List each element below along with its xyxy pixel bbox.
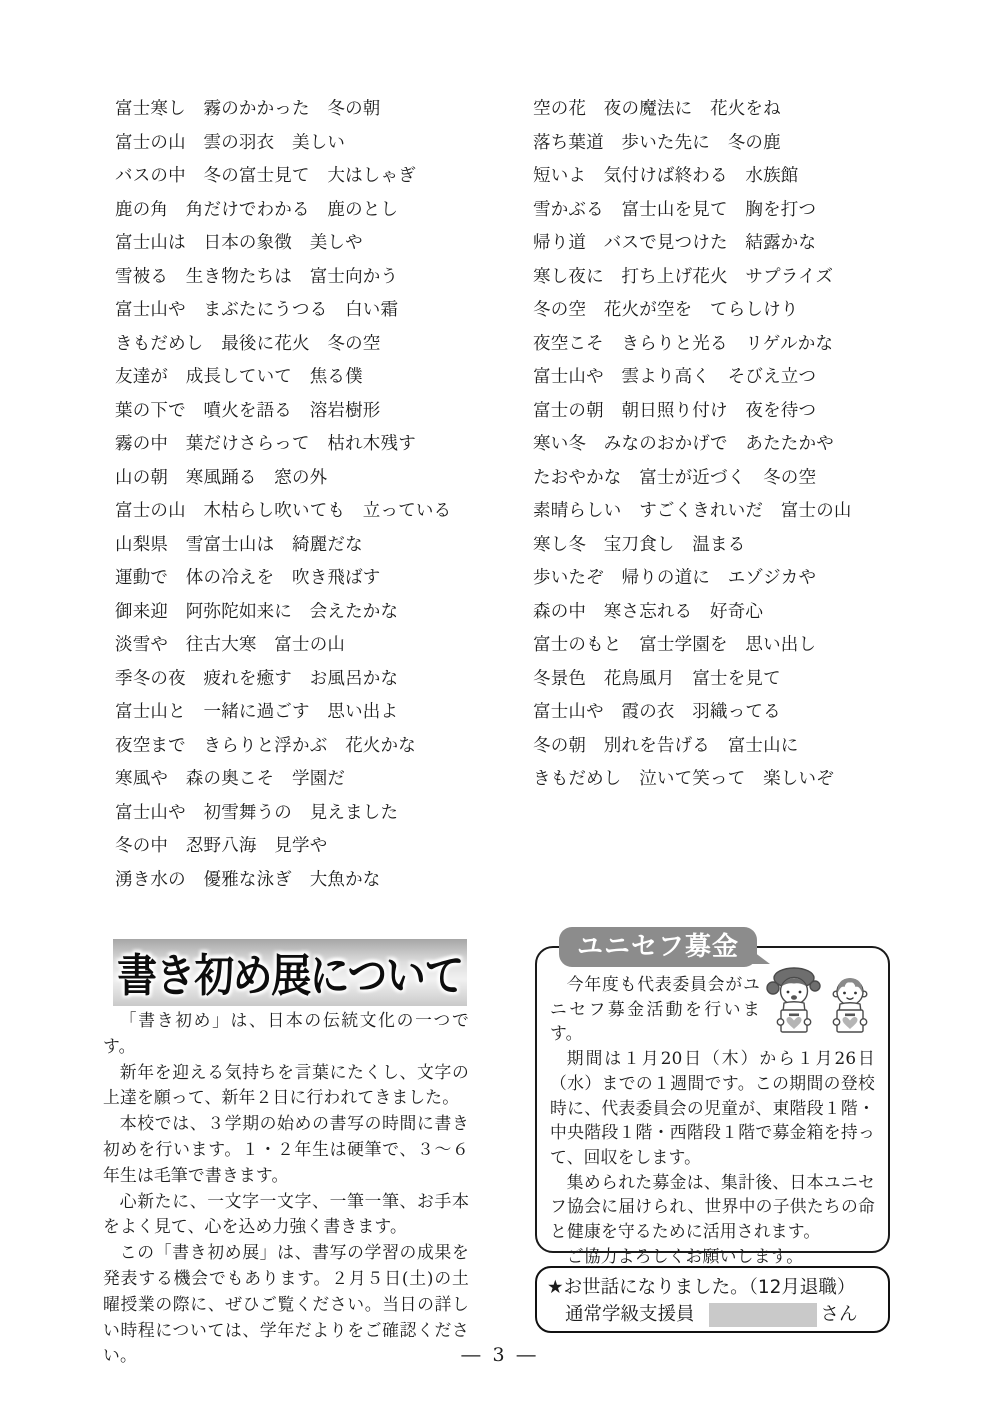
kakizome-section: 書き初め展について 「書き初め」は、日本の伝統文化の一つです。新年を迎える気持ち…	[103, 939, 469, 1369]
haiku-line: 季冬の夜 疲れを癒す お風呂かな	[115, 663, 451, 697]
haiku-line: 寒し冬 宝刀食し 温まる	[533, 529, 852, 563]
haiku-line: 歩いたぞ 帰りの道に エゾジカや	[533, 562, 852, 596]
haiku-line: 帰り道 バスで見つけた 結露かな	[533, 227, 852, 261]
haiku-line: 寒し夜に 打ち上げ花火 サプライズ	[533, 261, 852, 295]
haiku-line: 霧の中 葉だけさらって 枯れ木残す	[115, 428, 451, 462]
haiku-line: 空の花 夜の魔法に 花火をね	[533, 93, 852, 127]
haiku-line: 雪かぶる 富士山を見て 胸を打つ	[533, 194, 852, 228]
notice-name-line: 通常学級支援員 さん	[547, 1301, 878, 1328]
haiku-line: 富士のもと 富士学園を 思い出し	[533, 629, 852, 663]
haiku-line: 湧き水の 優雅な泳ぎ 大魚かな	[115, 864, 451, 898]
notice-role: 通常学級支援員	[565, 1301, 695, 1328]
haiku-line: 夜空まで きらりと浮かぶ 花火かな	[115, 730, 451, 764]
haiku-line: 富士寒し 霧のかかった 冬の朝	[115, 93, 451, 127]
newsletter-page: { "page": { "footer": "― 3 ―" }, "haiku"…	[0, 0, 1000, 1414]
haiku-column-right: 空の花 夜の魔法に 花火をね落ち葉道 歩いた先に 冬の鹿短いよ 気付けば終わる …	[533, 93, 852, 797]
haiku-line: きもだめし 最後に花火 冬の空	[115, 328, 451, 362]
haiku-line: きもだめし 泣いて笑って 楽しいぞ	[533, 763, 852, 797]
children-with-donation-boxes-icon	[766, 964, 878, 1036]
haiku-line: 冬の朝 別れを告げる 富士山に	[533, 730, 852, 764]
haiku-line: 運動で 体の冷えを 吹き飛ばす	[115, 562, 451, 596]
haiku-line: 森の中 寒さ忘れる 好奇心	[533, 596, 852, 630]
haiku-line: 富士山や 霞の衣 羽織ってる	[533, 696, 852, 730]
unicef-badge-label: ユニセフ募金	[577, 932, 739, 962]
unicef-badge: ユニセフ募金	[559, 927, 757, 967]
haiku-line: 富士山は 日本の象徴 美しや	[115, 227, 451, 261]
redacted-name	[709, 1303, 817, 1327]
kakizome-title-banner: 書き初め展について	[113, 939, 467, 1006]
haiku-line: 富士の朝 朝日照り付け 夜を待つ	[533, 395, 852, 429]
haiku-line: 短いよ 気付けば終わる 水族館	[533, 160, 852, 194]
haiku-line: 富士山と 一緒に過ごす 思い出よ	[115, 696, 451, 730]
kakizome-title: 書き初め展について	[117, 941, 463, 1005]
notice-suffix: さん	[821, 1301, 858, 1328]
kakizome-paragraph: 新年を迎える気持ちを言葉にたくし、文字の上達を願って、新年２日に行われてきました…	[103, 1060, 469, 1112]
haiku-line: 富士山や まぶたにうつる 白い霜	[115, 294, 451, 328]
haiku-line: 冬の空 花火が空を てらしけり	[533, 294, 852, 328]
haiku-line: 素晴らしい すごくきれいだ 富士の山	[533, 495, 852, 529]
haiku-line: 淡雪や 往古大寒 富士の山	[115, 629, 451, 663]
haiku-line: 寒風や 森の奥こそ 学園だ	[115, 763, 451, 797]
haiku-line: バスの中 冬の富士見て 大はしゃぎ	[115, 160, 451, 194]
haiku-line: 冬景色 花鳥風月 富士を見て	[533, 663, 852, 697]
haiku-line: 富士山や 雲より高く そびえ立つ	[533, 361, 852, 395]
kakizome-paragraph: 本校では、３学期の始めの書写の時間に書き初めを行います。１・２年生は硬筆で、３～…	[103, 1111, 469, 1188]
kakizome-paragraph: 心新たに、一文字一文字、一筆一筆、お手本をよく見て、心を込め力強く書きます。	[103, 1189, 469, 1241]
haiku-line: 御来迎 阿弥陀如来に 会えたかな	[115, 596, 451, 630]
haiku-column-left: 富士寒し 霧のかかった 冬の朝富士の山 雲の羽衣 美しいバスの中 冬の富士見て …	[115, 93, 451, 897]
unicef-paragraph: 集められた募金は、集計後、日本ユニセフ協会に届けられ、世界中の子供たちの命と健康…	[550, 1170, 875, 1244]
notice-headline: ★お世話になりました。（12月退職）	[547, 1274, 878, 1301]
unicef-paragraph: ご協力よろしくお願いします。	[550, 1244, 875, 1269]
haiku-line: 夜空こそ きらりと光る リゲルかな	[533, 328, 852, 362]
haiku-line: 山梨県 雪富士山は 綺麗だな	[115, 529, 451, 563]
haiku-line: 落ち葉道 歩いた先に 冬の鹿	[533, 127, 852, 161]
haiku-line: たおやかな 富士が近づく 冬の空	[533, 462, 852, 496]
unicef-content: 今年度も代表委員会がユニセフ募金活動を行います。期間は１月20日（木）から１月2…	[550, 972, 875, 1268]
haiku-line: 山の朝 寒風踊る 窓の外	[115, 462, 451, 496]
kakizome-body: 「書き初め」は、日本の伝統文化の一つです。新年を迎える気持ちを言葉にたくし、文字…	[103, 1008, 469, 1369]
haiku-line: 雪被る 生き物たちは 富士向かう	[115, 261, 451, 295]
haiku-line: 冬の中 忍野八海 見学や	[115, 830, 451, 864]
haiku-line: 寒い冬 みなのおかげで あたたかや	[533, 428, 852, 462]
haiku-line: 友達が 成長していて 焦る僕	[115, 361, 451, 395]
page-number: ― 3 ―	[0, 1344, 1000, 1366]
unicef-section: ユニセフ募金	[535, 946, 890, 1253]
haiku-line: 葉の下で 噴火を語る 溶岩樹形	[115, 395, 451, 429]
unicef-paragraph: 期間は１月20日（木）から１月26日（水）までの１週間です。この期間の登校時に、…	[550, 1046, 875, 1170]
haiku-line: 富士山や 初雪舞うの 見えました	[115, 797, 451, 831]
retirement-notice-box: ★お世話になりました。（12月退職） 通常学級支援員 さん	[535, 1266, 890, 1333]
haiku-line: 富士の山 雲の羽衣 美しい	[115, 127, 451, 161]
children-illustration	[766, 964, 878, 1038]
haiku-line: 鹿の角 角だけでわかる 鹿のとし	[115, 194, 451, 228]
haiku-line: 富士の山 木枯らし吹いても 立っている	[115, 495, 451, 529]
kakizome-paragraph: 「書き初め」は、日本の伝統文化の一つです。	[103, 1008, 469, 1060]
